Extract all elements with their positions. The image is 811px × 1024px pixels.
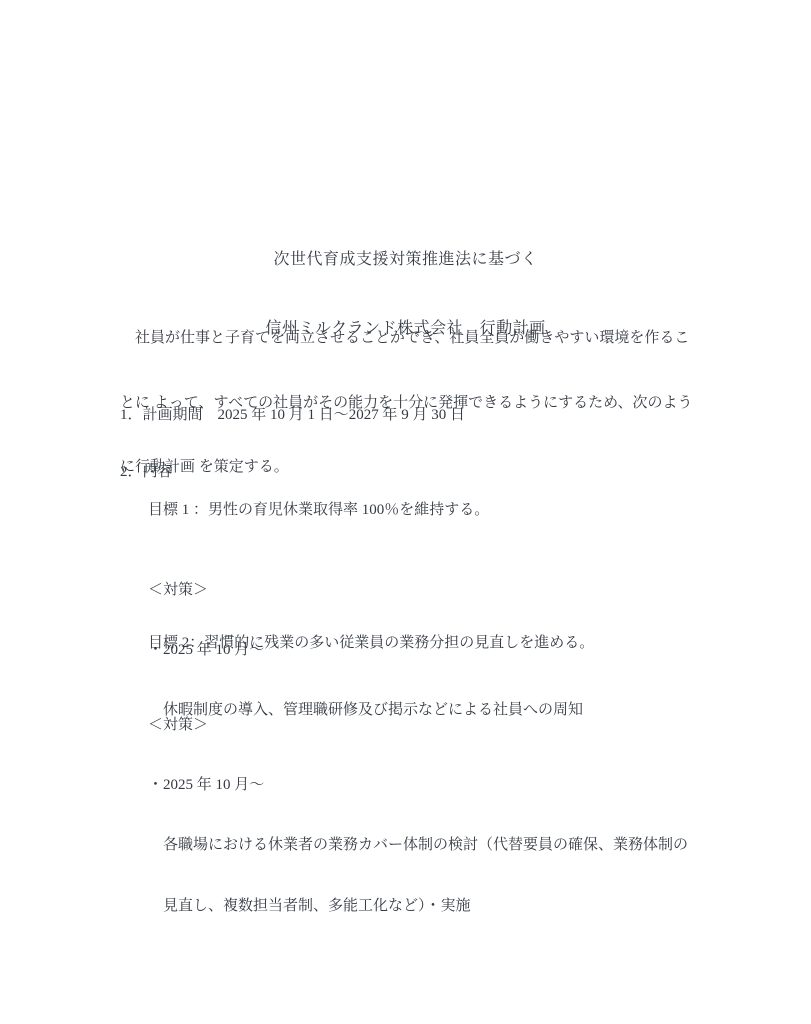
goal2-measures-block: ＜対策＞ ・2025 年 10 月～ 各職場における休業者の業務カバー体制の検討… xyxy=(148,675,688,956)
goal2-title: 目標 2：習慣的に残業の多い従業員の業務分担の見直しを進める。 xyxy=(148,631,594,652)
measures-heading: ＜対策＞ xyxy=(148,580,583,600)
document-title-line1: 次世代育成支援対策推進法に基づく xyxy=(0,248,811,271)
measures-date: ・2025 年 10 月～ xyxy=(148,775,688,795)
document-page: 次世代育成支援対策推進法に基づく 信州ミルクランド株式会社 行動計画 社員が仕事… xyxy=(0,0,811,1024)
measures-body-line: 見直し、複数担当者制、多能工化など）・実施 xyxy=(148,896,688,917)
intro-line: 社員が仕事と子育てを両立させることができ、社員全員が働きやすい環境を作るこ xyxy=(120,328,693,350)
section-contents-heading: 2．内容 xyxy=(120,460,173,481)
section-plan-period-heading: 1．計画期間 2025 年 10 月 1 日～2027 年 9 月 30 日 xyxy=(120,403,465,424)
goal1-title: 目標 1 ：男性の育児休業取得率 100％を維持する。 xyxy=(148,498,489,519)
intro-line: に行動計画 を策定する。 xyxy=(120,457,693,479)
measures-body-line: 各職場における休業者の業務カバー体制の検討（代替要員の確保、業務体制の xyxy=(148,835,688,856)
measures-heading: ＜対策＞ xyxy=(148,715,688,735)
